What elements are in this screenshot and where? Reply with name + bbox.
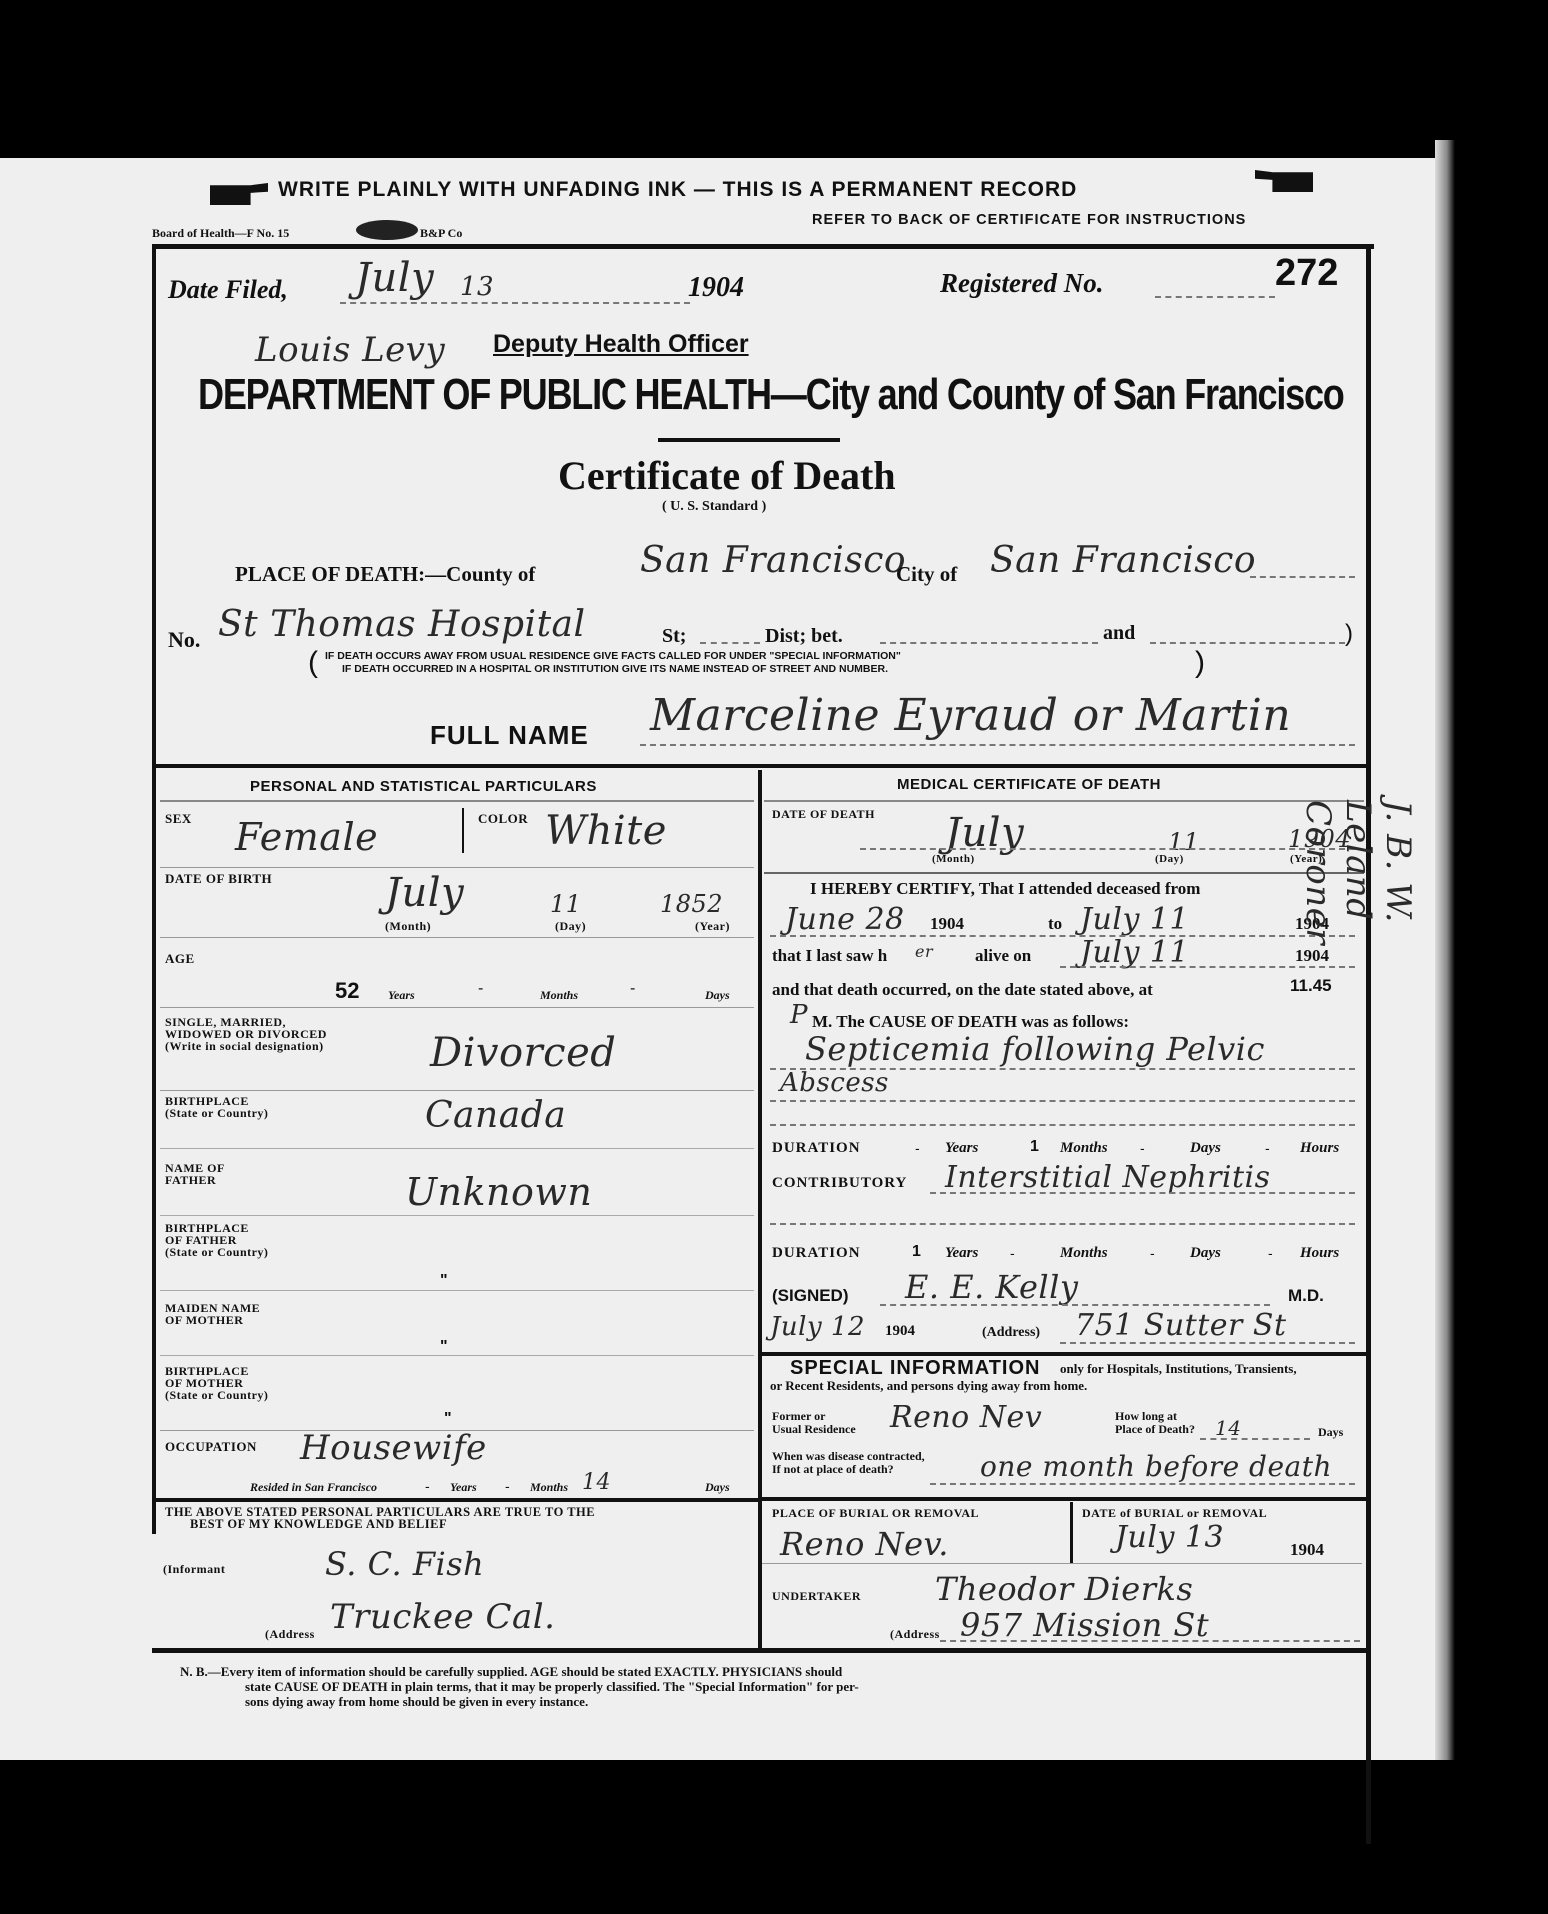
alive-on-label: alive on [975, 946, 1031, 966]
undertaker-value: Theodor Dierks [935, 1570, 1193, 1608]
department-title: DEPARTMENT OF PUBLIC HEALTH—City and Cou… [198, 370, 1344, 420]
officer-signature: Louis Levy [255, 330, 445, 370]
form-border-bottom [152, 1648, 1370, 1653]
medical-heading: MEDICAL CERTIFICATE OF DEATH [897, 776, 1161, 793]
last-saw-year: 1904 [1295, 946, 1329, 966]
marital-label: SINGLE, MARRIED, WIDOWED OR DIVORCED (Wr… [165, 1016, 327, 1052]
cause-line-1: Septicemia following Pelvic [805, 1030, 1265, 1068]
to-label: to [1048, 914, 1062, 934]
sex-label: SEX [165, 812, 192, 825]
father-value: Unknown [405, 1170, 592, 1214]
month-label: (Month) [385, 920, 431, 933]
sex-value: Female [235, 815, 378, 859]
how-long-days-label: Days [1318, 1425, 1343, 1440]
institution-value: St Thomas Hospital [218, 604, 586, 645]
burial-place-label: PLACE OF BURIAL OR REMOVAL [772, 1507, 979, 1520]
duration-1-years-label: Years [945, 1140, 978, 1157]
days-label: Days [705, 988, 730, 1003]
occupation-label: OCCUPATION [165, 1440, 257, 1453]
personal-heading: PERSONAL AND STATISTICAL PARTICULARS [250, 778, 597, 795]
mother-name-label: MAIDEN NAME OF MOTHER [165, 1302, 260, 1326]
dod-day: 11 [1168, 828, 1200, 856]
cause-text: M. The CAUSE OF DEATH was as follows: [812, 1012, 1129, 1032]
duration-1-hours-label: Hours [1300, 1140, 1339, 1157]
last-saw-date: July 11 [1080, 935, 1189, 970]
age-days: - [630, 980, 635, 998]
date-filed-month: July [355, 255, 434, 301]
last-saw-label: that I last saw h [772, 946, 887, 966]
duration-2-months-label: Months [1060, 1245, 1108, 1262]
dob-label: DATE OF BIRTH [165, 872, 272, 885]
place-note-2: IF DEATH OCCURRED IN A HOSPITAL OR INSTI… [342, 663, 888, 675]
burial-place-value: Reno Nev. [780, 1525, 949, 1563]
signed-address-label: (Address) [982, 1325, 1040, 1341]
color-label: COLOR [478, 812, 528, 825]
duration-1-days: - [1140, 1140, 1145, 1156]
birthplace-label: BIRTHPLACE (State or Country) [165, 1095, 268, 1119]
form-border-top [152, 244, 1374, 249]
mother-birthplace-label: BIRTHPLACE OF MOTHER (State or Country) [165, 1365, 268, 1401]
meridiem: P [790, 1000, 808, 1030]
father-label: NAME OF FATHER [165, 1162, 225, 1186]
resided-months: - [505, 1478, 510, 1494]
registered-number: 272 [1275, 252, 1338, 295]
informant-label: (Informant [163, 1563, 225, 1576]
years-label: Years [388, 988, 415, 1003]
how-long-label: How long at Place of Death? [1115, 1410, 1195, 1436]
duration-1-months: 1 [1030, 1138, 1039, 1156]
informant-name: S. C. Fish [325, 1545, 484, 1583]
duration-2-hours-label: Hours [1300, 1245, 1339, 1262]
signed-year: 1904 [885, 1323, 915, 1340]
attended-to: July 11 [1080, 902, 1189, 937]
residence-value: Reno Nev [890, 1400, 1042, 1435]
age-label: AGE [165, 952, 195, 965]
city-label: City of [896, 562, 957, 587]
signed-address: 751 Sutter St [1075, 1308, 1287, 1343]
full-name-value: Marceline Eyraud or Martin [650, 690, 1291, 741]
full-name-label: FULL NAME [430, 720, 589, 751]
place-of-death-label: PLACE OF DEATH:—County of [235, 562, 535, 587]
contracted-value: one month before death [980, 1450, 1332, 1483]
printer-mark: B&P Co [420, 226, 462, 241]
mother-name-value: " [440, 1338, 448, 1356]
no-label: No. [168, 627, 200, 653]
officer-title: Deputy Health Officer [493, 330, 749, 359]
father-birthplace-value: " [440, 1272, 448, 1290]
certificate-title: Certificate of Death [558, 452, 896, 499]
date-filed-day: 13 [460, 272, 494, 302]
informant-address: Truckee Cal. [330, 1597, 556, 1637]
date-filed-label: Date Filed, [168, 275, 288, 305]
marital-value: Divorced [430, 1030, 616, 1076]
occurred-text: and that death occurred, on the date sta… [772, 980, 1153, 1000]
residence-label: Former or Usual Residence [772, 1410, 856, 1436]
age-months: - [478, 980, 483, 998]
informant-statement: THE ABOVE STATED PERSONAL PARTICULARS AR… [165, 1506, 595, 1530]
certify-text: I HEREBY CERTIFY, That I attended deceas… [810, 879, 1200, 899]
us-standard: ( U. S. Standard ) [662, 499, 766, 515]
undertaker-label: UNDERTAKER [772, 1590, 861, 1603]
age-years: 52 [335, 978, 359, 1004]
md-label: M.D. [1288, 1286, 1324, 1306]
duration-1-months-label: Months [1060, 1140, 1108, 1157]
date-filed-year: 1904 [688, 272, 744, 304]
place-note-1: IF DEATH OCCURS AWAY FROM USUAL RESIDENC… [325, 650, 901, 662]
instructions-text: REFER TO BACK OF CERTIFICATE FOR INSTRUC… [812, 212, 1246, 228]
contributory-label: CONTRIBUTORY [772, 1175, 907, 1192]
duration-1-years: - [915, 1140, 920, 1156]
resided-label: Resided in San Francisco [250, 1480, 377, 1495]
informant-address-label: (Address [265, 1628, 315, 1641]
duration-1-days-label: Days [1190, 1140, 1221, 1157]
attended-from: June 28 [785, 902, 905, 937]
dob-day: 11 [550, 890, 582, 918]
burial-date-value: July 13 [1115, 1520, 1224, 1555]
occupation-value: Housewife [300, 1428, 487, 1468]
undertaker-address: 957 Mission St [960, 1606, 1209, 1644]
column-divider [758, 770, 762, 1650]
contributory-value: Interstitial Nephritis [945, 1160, 1271, 1195]
resided-days-label: Days [705, 1480, 730, 1495]
burial-year: 1904 [1290, 1540, 1324, 1560]
and-label: and [1103, 622, 1135, 645]
attended-from-year: 1904 [930, 914, 964, 934]
duration-1-label: DURATION [772, 1140, 861, 1157]
county-value: San Francisco [640, 540, 906, 581]
birthplace-value: Canada [425, 1095, 566, 1136]
signed-by: E. E. Kelly [905, 1268, 1078, 1306]
resided-days: 14 [582, 1470, 611, 1495]
duration-2-label: DURATION [772, 1245, 861, 1262]
resided-months-label: Months [530, 1480, 568, 1495]
dist-label: Dist; bet. [765, 625, 843, 648]
special-heading: SPECIAL INFORMATION [790, 1357, 1040, 1380]
how-long-value: 14 [1215, 1416, 1241, 1440]
last-saw-pronoun: er [915, 942, 933, 961]
form-number: Board of Health—F No. 15 [152, 226, 289, 241]
dod-label: DATE OF DEATH [772, 808, 875, 821]
resided-years: - [425, 1478, 430, 1494]
banner-text: WRITE PLAINLY WITH UNFADING INK — THIS I… [278, 178, 1077, 202]
day-label: (Day) [555, 920, 586, 933]
special-heading-note-2: or Recent Residents, and persons dying a… [770, 1378, 1087, 1394]
months-label: Months [540, 988, 578, 1003]
signed-date: July 12 [770, 1312, 865, 1342]
undertaker-address-label: (Address [890, 1628, 940, 1641]
duration-2-months: - [1010, 1245, 1015, 1261]
signed-label: (SIGNED) [772, 1286, 849, 1306]
resided-years-label: Years [450, 1480, 477, 1495]
color-value: White [545, 808, 667, 854]
dod-month-label: (Month) [932, 853, 975, 866]
dob-month: July [385, 870, 464, 916]
duration-2-days: - [1150, 1245, 1155, 1261]
mother-birthplace-value: " [444, 1410, 452, 1428]
form-border-right [1366, 244, 1371, 1844]
seal-icon [356, 220, 418, 240]
dod-day-label: (Day) [1155, 853, 1184, 866]
father-birthplace-label: BIRTHPLACE OF FATHER (State or Country) [165, 1222, 268, 1258]
duration-2-years-label: Years [945, 1245, 978, 1262]
margin-annotation: J. B. W. Leland Coroner [1298, 800, 1418, 945]
special-heading-note: only for Hospitals, Institutions, Transi… [1060, 1361, 1297, 1377]
dob-year: 1852 [660, 890, 723, 918]
duration-1-hours: - [1265, 1140, 1270, 1156]
paper-edge [1435, 140, 1455, 1760]
duration-2-hours: - [1268, 1245, 1273, 1261]
cause-line-2: Abscess [780, 1068, 889, 1098]
year-label: (Year) [695, 920, 730, 933]
death-time: 11.45 [1290, 976, 1332, 996]
burial-date-label: DATE of BURIAL or REMOVAL [1082, 1507, 1267, 1520]
form-border-left [152, 244, 156, 1534]
registered-label: Registered No. [940, 268, 1103, 299]
duration-2-days-label: Days [1190, 1245, 1221, 1262]
footer-note: N. B.—Every item of information should b… [180, 1664, 859, 1709]
duration-2-years: 1 [912, 1243, 921, 1261]
contracted-label: When was disease contracted, If not at p… [772, 1450, 925, 1476]
city-value: San Francisco [990, 540, 1256, 581]
st-label: St; [662, 625, 686, 648]
